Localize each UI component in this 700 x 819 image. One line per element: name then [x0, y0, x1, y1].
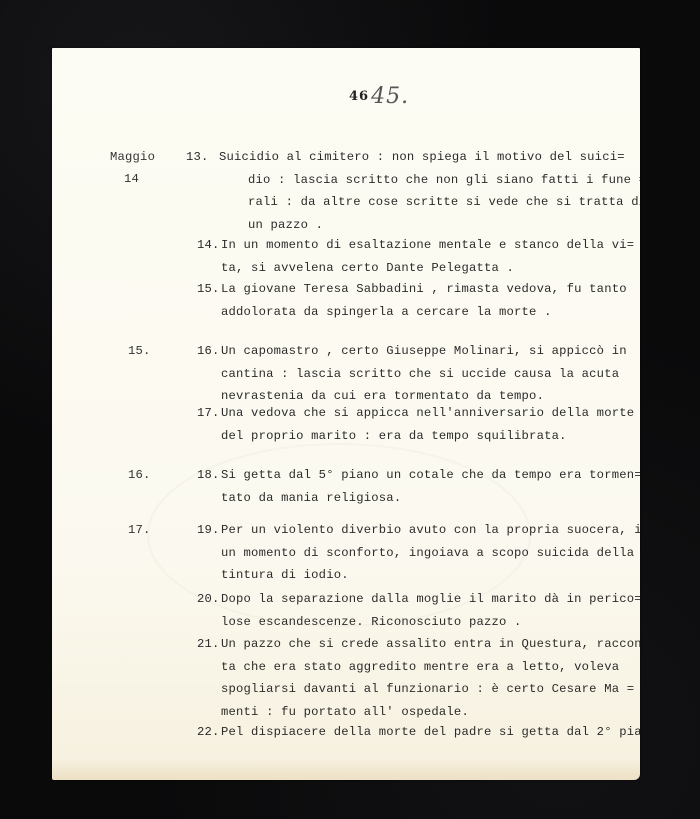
entry-text-line: Un pazzo che si crede assalito entra in …: [221, 637, 640, 651]
entry-text-line: tintura di iodio.: [221, 568, 349, 582]
entry-text-line: Pel dispiacere della morte del padre si …: [221, 725, 640, 739]
entry-number: 19.: [197, 523, 220, 537]
entry-text-line: Un capomastro , certo Giuseppe Molinari,…: [221, 344, 627, 358]
entry-text-line: lose escandescenze. Riconosciuto pazzo .: [221, 615, 522, 629]
entry-text-line: spogliarsi davanti al funzionario : è ce…: [221, 682, 634, 696]
entry-text-line: Si getta dal 5° piano un cotale che da t…: [221, 468, 640, 482]
handwritten-page-number: 45.: [371, 84, 409, 109]
entry-text-line: Dopo la separazione dalla moglie il mari…: [221, 592, 640, 606]
entry-text-line: un pazzo .: [248, 218, 323, 232]
entry-number: 14.: [197, 238, 220, 252]
struck-page-number: 46: [349, 89, 369, 104]
entry-text-line: tato da mania religiosa.: [221, 491, 401, 505]
entry-text-line: addolorata da spingerla a cercare la mor…: [221, 305, 552, 319]
entry-number: 17.: [197, 406, 220, 420]
entry-text-line: rali : da altre cose scritte si vede che…: [248, 195, 640, 209]
entry-number: 13.: [186, 150, 209, 164]
entry-number: 21.: [197, 637, 220, 651]
entry-text-line: Una vedova che si appicca nell'anniversa…: [221, 406, 634, 420]
page-number: 4645.: [349, 84, 409, 109]
entry-text-line: menti : fu portato all' ospedale.: [221, 705, 469, 719]
entry-date: 16.: [128, 468, 151, 482]
entry-number: 18.: [197, 468, 220, 482]
entry-text-line: un momento di sconforto, ingoiava a scop…: [221, 546, 634, 560]
entry-text-line: dio : lascia scritto che non gli siano f…: [248, 173, 640, 187]
entry-number: 16.: [197, 344, 220, 358]
entry-text-line: nevrastenia da cui era tormentato da tem…: [221, 389, 544, 403]
entry-text-line: Per un violento diverbio avuto con la pr…: [221, 523, 640, 537]
entry-number: 22.: [197, 725, 220, 739]
entry-text-line: Suicidio al cimitero : non spiega il mot…: [219, 150, 625, 164]
entry-text-line: La giovane Teresa Sabbadini , rimasta ve…: [221, 282, 627, 296]
entry-date: 15.: [128, 344, 151, 358]
entry-text-line: del proprio marito : era da tempo squili…: [221, 429, 567, 443]
typewritten-page: 4645. Maggio1413.Suicidio al cimitero : …: [52, 48, 640, 780]
date-month: Maggio: [110, 150, 155, 164]
entry-text-line: ta che era stato aggredito mentre era a …: [221, 660, 619, 674]
entry-date: 17.: [128, 523, 151, 537]
entry-number: 20.: [197, 592, 220, 606]
entry-number: 15.: [197, 282, 220, 296]
entry-date: 14: [124, 172, 139, 186]
entry-text-line: ta, si avvelena certo Dante Pelegatta .: [221, 261, 514, 275]
entry-text-line: In un momento di esaltazione mentale e s…: [221, 238, 634, 252]
entry-text-line: cantina : lascia scritto che si uccide c…: [221, 367, 619, 381]
